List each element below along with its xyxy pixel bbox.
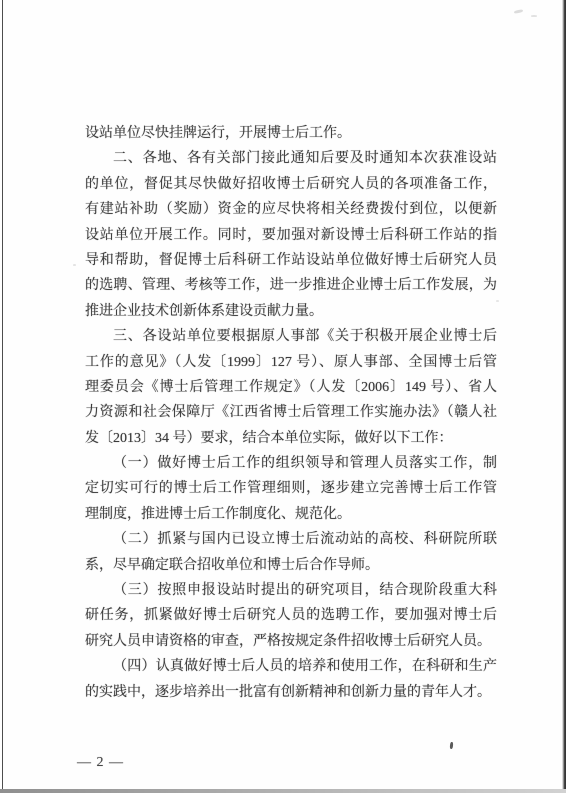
text-line: 有建站补助（奖励）资金的应尽快将相关经费拨付到位，以便新 (85, 197, 497, 222)
text-line: 研任务，抓紧做好博士后研究人员的选聘工作，要加强对博士后 (85, 603, 497, 628)
scan-speck (496, 300, 499, 302)
scanned-document-page: 设站单位尽快挂牌运行，开展博士后工作。二、各地、各有关部门接此通知后要及时通知本… (0, 0, 566, 793)
page-number: — 2 — (77, 755, 124, 771)
text-line: （三）按照申报设站时提出的研究项目，结合现阶段重大科 (85, 578, 497, 603)
scan-edge-bottom (0, 789, 566, 793)
text-line: 发〔2013〕34 号）要求，结合本单位实际，做好以下工作： (85, 426, 497, 451)
scan-speck (514, 9, 523, 14)
text-line: 推进企业技术创新体系建设贡献力量。 (85, 299, 497, 324)
scan-edge-left (2, 0, 3, 793)
scan-edge-right (562, 0, 566, 793)
text-line: 设站单位开展工作。同时，要加强对新设博士后科研工作站的指 (85, 223, 497, 248)
text-line: （一）做好博士后工作的组织领导和管理人员落实工作，制 (85, 451, 497, 476)
scan-speck (531, 15, 537, 17)
text-line: 力资源和社会保障厅《江西省博士后管理工作实施办法》（赣人社 (85, 400, 497, 425)
text-line: （四）认真做好博士后人员的培养和使用工作，在科研和生产 (85, 654, 497, 679)
scan-speck (73, 264, 76, 266)
text-line: 的单位，督促其尽快做好招收博士后研究人员的各项准备工作， (85, 172, 497, 197)
scan-speck (316, 128, 319, 130)
text-line: 三、各设站单位要根据原人事部《关于积极开展企业博士后 (85, 324, 497, 349)
text-line: 设站单位尽快挂牌运行，开展博士后工作。 (85, 121, 497, 146)
text-line: 定切实可行的博士后工作管理细则，逐步建立完善博士后工作管 (85, 476, 497, 501)
text-line: 研究人员申请资格的审查，严格按规定条件招收博士后研究人员。 (85, 629, 497, 654)
text-line: 系，尽早确定联合招收单位和博士后合作导师。 (85, 553, 497, 578)
text-line: 工作的意见》（人发〔1999〕127 号）、原人事部、全国博士后管 (85, 350, 497, 375)
text-line: 的实践中，逐步培养出一批富有创新精神和创新力量的青年人才。 (85, 680, 497, 705)
text-line: （二）抓紧与国内已设立博士后流动站的高校、科研院所联 (85, 527, 497, 552)
text-line: 的选聘、管理、考核等工作，进一步推进企业博士后工作发展，为 (85, 273, 497, 298)
text-line: 导和帮助，督促博士后科研工作站设站单位做好博士后研究人员 (85, 248, 497, 273)
document-text-block: 设站单位尽快挂牌运行，开展博士后工作。二、各地、各有关部门接此通知后要及时通知本… (85, 121, 497, 705)
text-line: 理委员会《博士后管理工作规定》（人发〔2006〕149 号）、省人 (85, 375, 497, 400)
text-line: 理制度，推进博士后工作制度化、规范化。 (85, 502, 497, 527)
text-line: 二、各地、各有关部门接此通知后要及时通知本次获准设站 (85, 146, 497, 171)
scan-speck (450, 742, 454, 749)
